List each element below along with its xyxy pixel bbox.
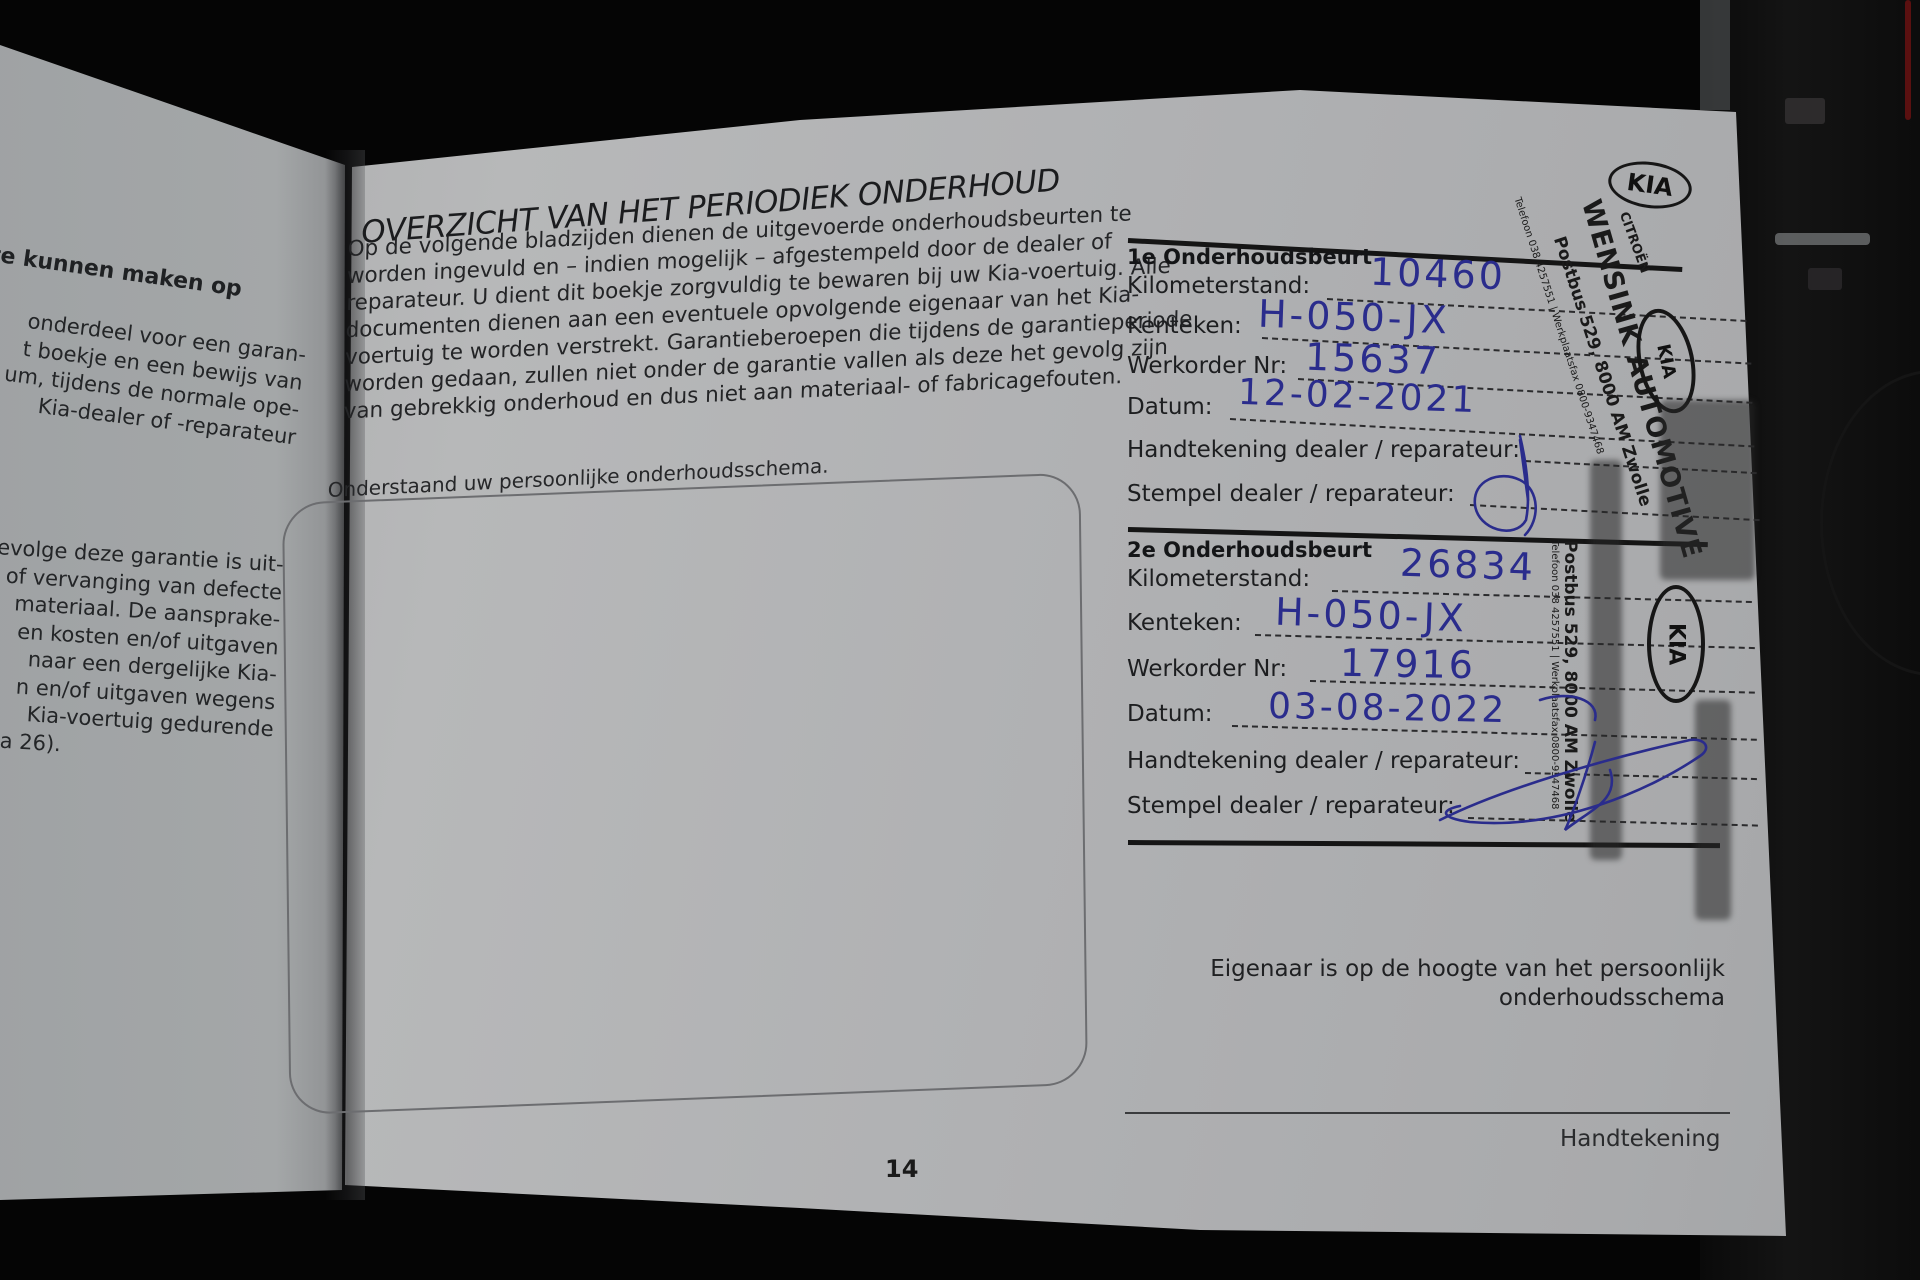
owner-acknowledgement: Eigenaar is op de hoogte van het persoon… xyxy=(1193,955,1725,1013)
text-line: Eigenaar is op de hoogte van het persoon… xyxy=(1193,955,1725,984)
text-line: onderhoudsschema xyxy=(1193,984,1725,1013)
ink-signatures xyxy=(0,0,1920,1280)
signature-label: Handtekening xyxy=(1560,1126,1721,1152)
signature-line xyxy=(1125,1112,1730,1114)
